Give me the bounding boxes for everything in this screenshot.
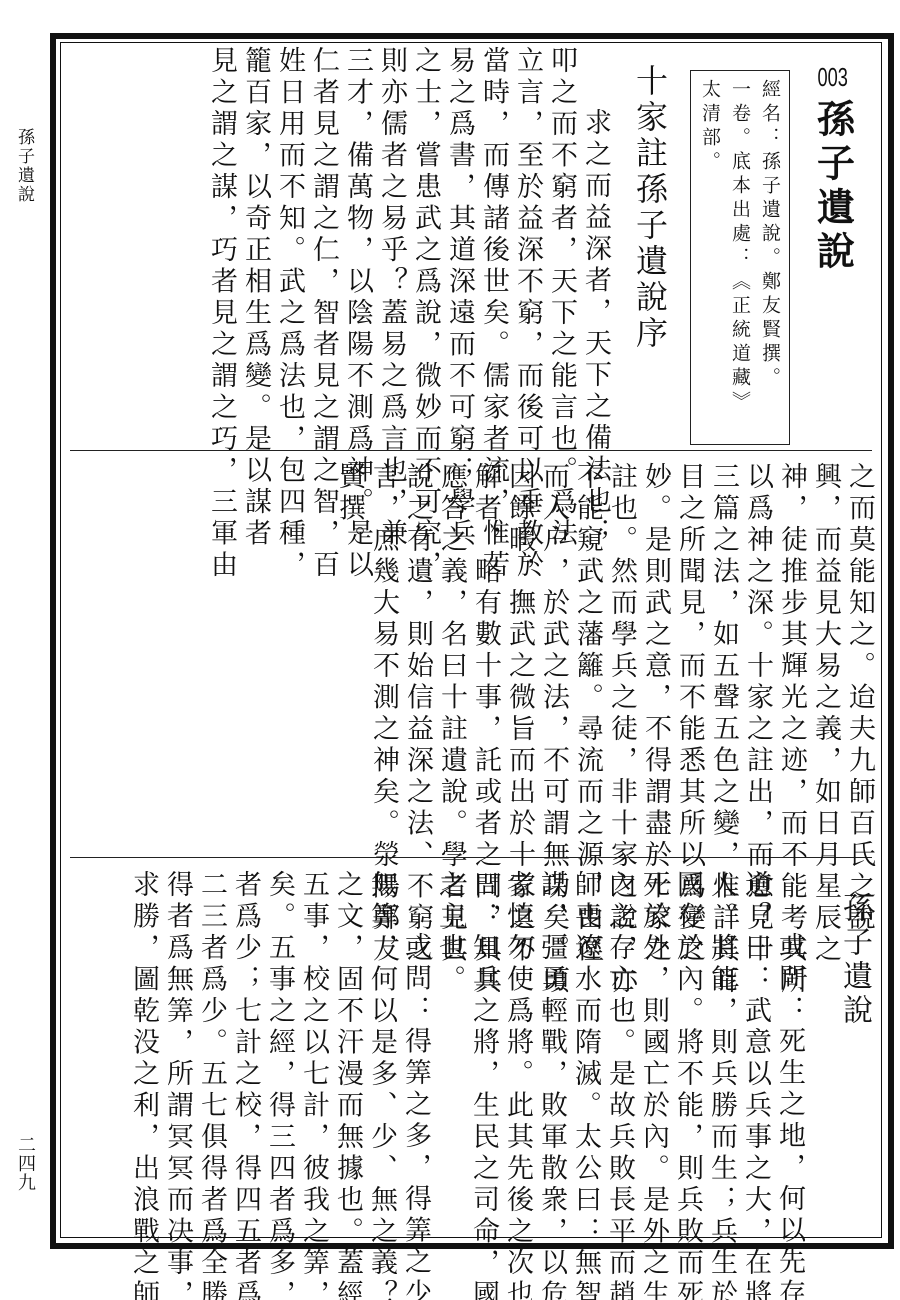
text-column: 妙。是則武之意，不得謂盡於十家之 bbox=[638, 462, 672, 852]
text-column: 得者爲無筭，所謂冥冥而决事，先戰而 bbox=[160, 870, 194, 1240]
text-column: 之而莫能知之。迨夫九師百氏之說 bbox=[842, 462, 876, 852]
text-column: 應答之義，名曰十註遺說。學者見其 bbox=[434, 462, 468, 852]
text-column: 叩之而不窮者，天下之能言也。爲法 bbox=[544, 46, 578, 446]
section-subtitle: 孫子遺說 bbox=[806, 870, 876, 1240]
section-middle: 之而莫能知之。迨夫九師百氏之說 興，而益見大易之義，如日月星辰之 神，徒推步其輝… bbox=[68, 462, 876, 852]
entry-heading: 003 孫子遺說 bbox=[790, 46, 876, 446]
text-column: 姓日用而不知。武之爲法也，包四種， bbox=[272, 46, 306, 446]
text-column: 三篇之法，如五聲五色之變，惟詳其耳 bbox=[706, 462, 740, 852]
meta-line: 一卷。底本出處：《正統道藏》 bbox=[725, 79, 755, 436]
text-column: 當時，而傳諸後世矣。儒家者流，惟苦 bbox=[476, 46, 510, 446]
text-column: 而入户，於武之法，不可謂無功矣。頃 bbox=[536, 462, 570, 852]
text-column: 因餘暇，撫武之微旨而出於十家之不 bbox=[502, 462, 536, 852]
text-column: 神，徒推步其輝光之迹，而不能考其所 bbox=[774, 462, 808, 852]
text-column: 五事，校之以七計，彼我之筭，盡於此 bbox=[296, 870, 330, 1240]
text-column: 仁者見之謂之仁，智者見之謂之智，百 bbox=[306, 46, 340, 446]
text-column: 者爲少；七計之校，得四五者爲多，得 bbox=[228, 870, 262, 1240]
text-column: 則亦儒者之易乎？蓋易之爲言也，兼 bbox=[374, 46, 408, 446]
text-column: 之文，固不汗漫而無據也。蓋經之以 bbox=[330, 870, 364, 1240]
section-top: 003 孫子遺說 經名：孫子遺說。鄭友賢撰。 一卷。底本出處：《正統道藏》 太清… bbox=[68, 46, 876, 446]
text-column: 求勝，圖乾没之利，出浪戰之師者也。 bbox=[126, 870, 160, 1240]
text-column: 目之所聞見，而不能悉其所以爲變之 bbox=[672, 462, 706, 852]
text-column: 以爲神之深。十家之註出，而愈見十 bbox=[740, 462, 774, 852]
text-column: 二三者爲少。五七俱得者爲全勝；不 bbox=[194, 870, 228, 1240]
text-column: 死於外，則國亡於內。是外之生死，繫 bbox=[636, 870, 670, 1240]
preface-title: 十家註孫子遺說序 bbox=[612, 46, 676, 446]
metadata-box: 經名：孫子遺說。鄭友賢撰。 一卷。底本出處：《正統道藏》 太清部。 bbox=[690, 70, 790, 445]
text-column: 解者，略有數十事，託或者之問，具其 bbox=[468, 462, 502, 852]
text-column: 註也。然而學兵之徒，非十家之說，亦 bbox=[604, 462, 638, 852]
text-column: 謀，彊勇輕戰，敗軍散衆，以危社稷，王 bbox=[534, 870, 568, 1240]
text-column: 賢撰。 bbox=[332, 462, 366, 852]
text-column: 不能窺武之藩籬。尋流而之源，由徑 bbox=[570, 462, 604, 852]
text-column: 無筭，何以是多、少、無之義？曰：武 bbox=[364, 870, 398, 1240]
text-column: 籠百家，以奇正相生爲變。是以謀者 bbox=[238, 46, 272, 446]
text-column: 國存於內。將不能，則兵敗而死；兵 bbox=[670, 870, 704, 1240]
text-column: 人。將能，則兵勝而生；兵生於外，則 bbox=[704, 870, 738, 1240]
text-column: 道？曰：武意以兵事之大，在將得其 bbox=[738, 870, 772, 1240]
text-column: 或問：死生之地，何以先存亡之 bbox=[772, 870, 806, 1240]
text-column: 三才，備萬物，以陰陽不測爲神。是以 bbox=[340, 46, 374, 446]
text-column: 曰：知兵之將，生民之司命，國家安危 bbox=[466, 870, 500, 1240]
text-column: 見之謂之謀，巧者見之謂之巧，三軍由 bbox=[204, 46, 238, 446]
text-column: 說之有遺，則始信益深之法、不窮之 bbox=[400, 462, 434, 852]
running-title: 孫子遺說 bbox=[12, 128, 37, 204]
text-column: 易之爲書，其道深遠而不可窮；學兵 bbox=[442, 46, 476, 446]
meta-line: 經名：孫子遺說。鄭友賢撰。 bbox=[755, 79, 785, 436]
text-column: 之士，嘗患武之爲說，微妙而不可究， bbox=[408, 46, 442, 446]
text-column: 者慎勿使爲將。此其先後之次也。故 bbox=[500, 870, 534, 1240]
text-column: 師喪遼水而隋滅。太公曰：無智略大 bbox=[568, 870, 602, 1240]
entry-number: 003 bbox=[818, 62, 848, 93]
text-column: 內之存亡也。是故兵敗長平而趙亡， bbox=[602, 870, 636, 1240]
text-column: 矣。五事之經，得三四者爲多，得一二 bbox=[262, 870, 296, 1240]
text-column: 言，庶幾大易不測之神矣。滎陽鄭友 bbox=[366, 462, 400, 852]
section-bottom: 孫子遺說 或問：死生之地，何以先存亡之 道？曰：武意以兵事之大，在將得其 人。將… bbox=[68, 870, 876, 1240]
entry-title: 孫子遺說 bbox=[806, 99, 861, 275]
text-column: 興，而益見大易之義，如日月星辰之 bbox=[808, 462, 842, 852]
meta-line: 太清部。 bbox=[695, 79, 725, 436]
page-number: 二四九 bbox=[12, 1135, 38, 1192]
text-column: 之主也。 bbox=[432, 870, 466, 1240]
text-column: 立言，至於益深不窮，而後可以垂教於 bbox=[510, 46, 544, 446]
text-column: 或問：得筭之多，得筭之少，況於 bbox=[398, 870, 432, 1240]
text-column: 求之而益深者，天下之備法也； bbox=[578, 46, 612, 446]
